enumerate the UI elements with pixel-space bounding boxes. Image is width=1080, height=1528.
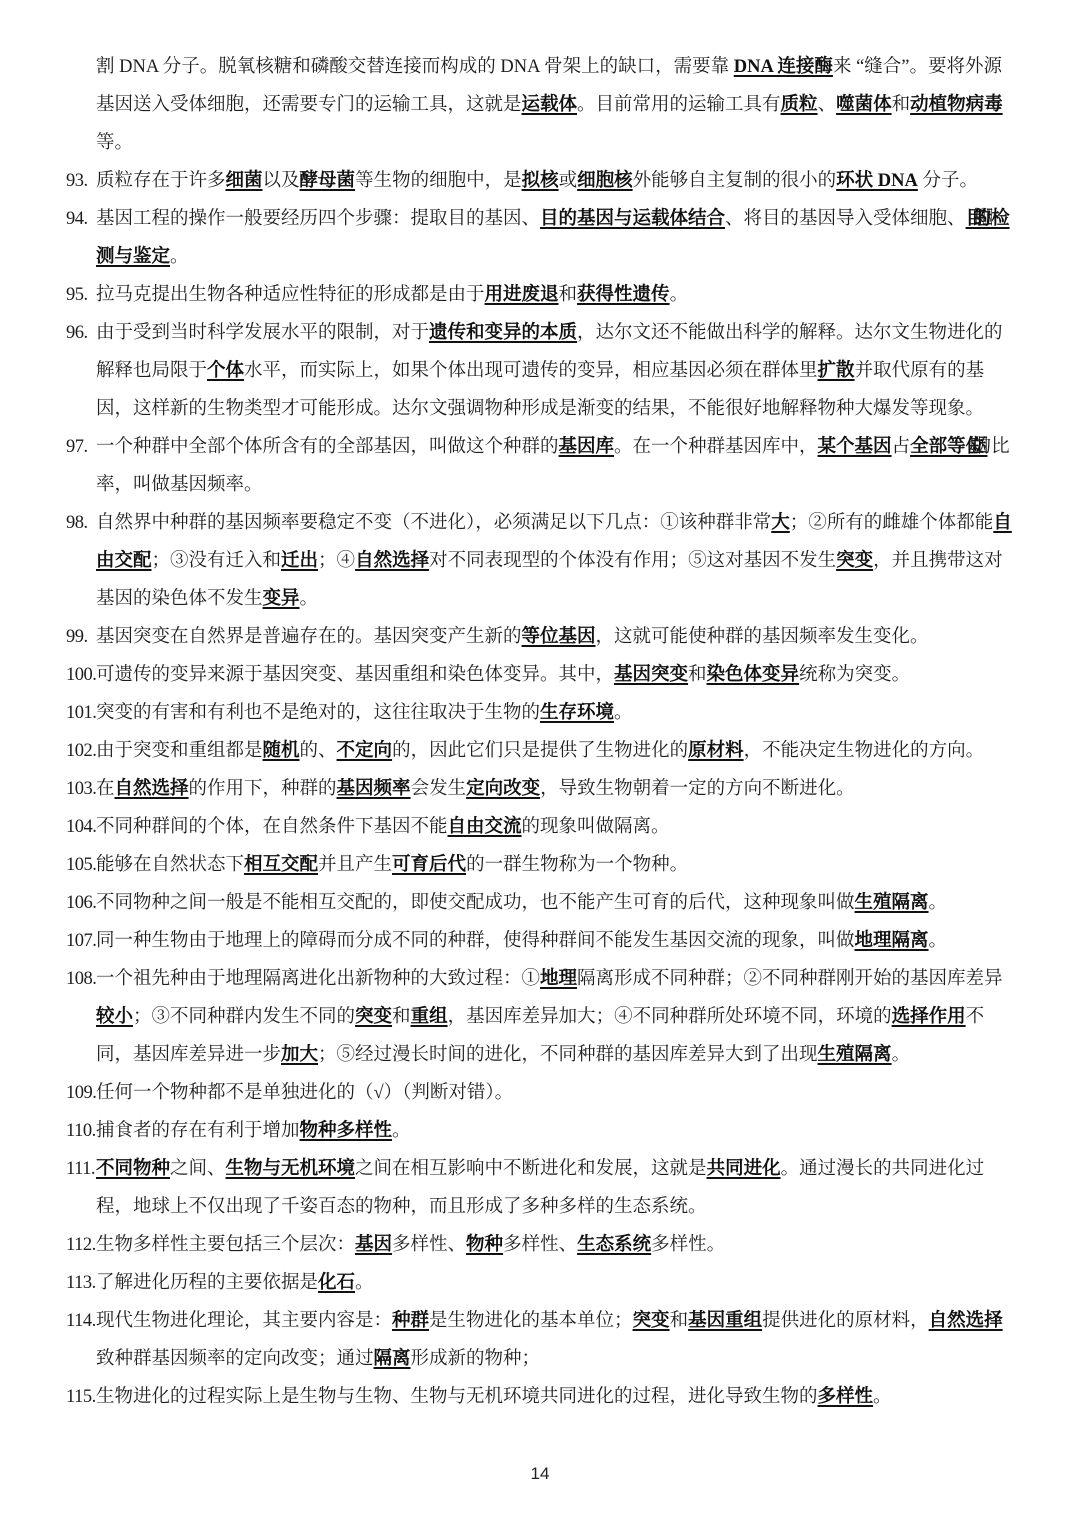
list-item: 106.不同物种之间一般是不能相互交配的，即使交配成功，也不能产生可育的后代，这… xyxy=(66,884,1018,922)
text-run: 的一群生物称为一个物种。 xyxy=(466,855,688,875)
keyword-run: 生态系统 xyxy=(577,1235,651,1255)
keyword-run: 共同进化 xyxy=(707,1159,781,1179)
keyword-run: 加大 xyxy=(281,1045,318,1065)
keyword-run: 质粒 xyxy=(781,95,818,115)
list-item: 103.在自然选择的作用下，种群的基因频率会发生定向改变，导致生物朝着一定的方向… xyxy=(66,770,1018,808)
text-run: 可遗传的变异来源于基因突变、基因重组和染色体变异。其中， xyxy=(96,665,614,685)
text-run: 、 xyxy=(818,95,837,115)
text-run: ；③没有迁入和 xyxy=(152,551,282,571)
text-run: 任何一个物种都不是单独进化的（√）（判断对错）。 xyxy=(96,1083,513,1103)
text-run: 。 xyxy=(873,1387,892,1407)
text-run: 多样性、 xyxy=(392,1235,466,1255)
keyword-run: 运载体 xyxy=(522,95,578,115)
keyword-run: 地理 xyxy=(540,969,577,989)
item-number: 96. xyxy=(66,314,96,352)
keyword-run: 种群 xyxy=(392,1311,429,1331)
text-run: 和 xyxy=(392,1007,411,1027)
text-run: 。 xyxy=(614,703,633,723)
list-item: 113.了解进化历程的主要依据是化石。 xyxy=(66,1264,1018,1302)
text-run: 以及 xyxy=(263,171,300,191)
text-run: 会发生 xyxy=(411,779,467,799)
item-number: 108. xyxy=(66,960,96,998)
text-run: 隔离形成不同种群；②不同种群刚开始的基因库差异 xyxy=(577,969,1003,989)
keyword-run: 较小 xyxy=(96,1007,133,1027)
item-number: 105. xyxy=(66,846,96,884)
text-run: 生物多样性主要包括三个层次： xyxy=(96,1235,355,1255)
item-number: 109. xyxy=(66,1074,96,1112)
item-number: 113. xyxy=(66,1264,96,1302)
text-run: 致种群基因频率的定向改变；通过 xyxy=(96,1349,374,1369)
item-number: 97. xyxy=(66,428,96,466)
keyword-run: 突变 xyxy=(633,1311,670,1331)
list-item: 94.基因工程的操作一般要经历四个步骤：提取目的基因、目的基因与运载体结合、将目… xyxy=(66,200,1018,276)
text-run: 生物进化的过程实际上是生物与生物、生物与无机环境共同进化的过程，进化导致生物的 xyxy=(96,1387,818,1407)
keyword-run: 基因频率 xyxy=(337,779,411,799)
text-run: 。目前常用的运输工具有 xyxy=(577,95,781,115)
keyword-run: 自由交流 xyxy=(448,817,522,837)
text-run: 等。 xyxy=(96,133,133,153)
keyword-run: 变异 xyxy=(263,589,300,609)
item-number: 100. xyxy=(66,656,96,694)
text-run: 不同物种之间一般是不能相互交配的，即使交配成功，也不能产生可育的后代，这种现象叫… xyxy=(96,893,855,913)
text-run: 拉马克提出生物各种适应性特征的形成都是由于 xyxy=(96,285,485,305)
item-number: 110. xyxy=(66,1112,96,1150)
keyword-run: 噬菌体 xyxy=(836,95,892,115)
list-item: 108.一个祖先种由于地理隔离进化出新物种的大致过程：①地理隔离形成不同种群；②… xyxy=(66,960,1018,1074)
text-run: 一个祖先种由于地理隔离进化出新物种的大致过程：① xyxy=(96,969,540,989)
text-run: 统称为突变。 xyxy=(799,665,910,685)
keyword-run: 定向改变 xyxy=(466,779,540,799)
text-run: 由于受到当时科学发展水平的限制，对于 xyxy=(96,323,429,343)
text-run: 在 xyxy=(96,779,115,799)
text-run: 不同种群间的个体，在自然条件下基因不能 xyxy=(96,817,448,837)
item-number: 111. xyxy=(66,1150,96,1188)
item-number: 107. xyxy=(66,922,96,960)
keyword-run: DNA 连接酶 xyxy=(734,57,833,77)
keyword-run: 自然选择 xyxy=(929,1311,1003,1331)
text-run: 。 xyxy=(392,1121,411,1141)
text-run: 现代生物进化理论，其主要内容是： xyxy=(96,1311,392,1331)
text-run: 。 xyxy=(892,1045,911,1065)
item-number: 95. xyxy=(66,276,96,314)
keyword-run: 重组 xyxy=(411,1007,448,1027)
list-item: 101.突变的有害和有利也不是绝对的，这往往取决于生物的生存环境。 xyxy=(66,694,1018,732)
keyword-run: 等位基因 xyxy=(522,627,596,647)
text-run: ；④ xyxy=(318,551,355,571)
text-run: 对不同表现型的个体没有作用；⑤这对基因不发生 xyxy=(429,551,836,571)
keyword-run: 某个基因 xyxy=(818,437,892,457)
text-run: 并且产生 xyxy=(318,855,392,875)
keyword-run: 拟核 xyxy=(522,171,559,191)
text-run: 。 xyxy=(300,589,319,609)
text-run: ，基因库差异加大；④不同种群所处环境不同，环境的 xyxy=(448,1007,892,1027)
list-item: 105.能够在自然状态下相互交配并且产生可育后代的一群生物称为一个物种。 xyxy=(66,846,1018,884)
text-run: 的作用下，种群的 xyxy=(189,779,337,799)
text-run: 质粒存在于许多 xyxy=(96,171,226,191)
keyword-run: 基因 xyxy=(984,428,988,466)
keyword-run: 的基因 xyxy=(984,200,992,238)
text-run: ；③不同种群内发生不同的 xyxy=(133,1007,355,1027)
keyword-run: 原材料 xyxy=(688,741,744,761)
text-run: 、将目的基因导入受体细胞、 xyxy=(725,209,966,229)
list-item: 107.同一种生物由于地理上的障碍而分成不同的种群，使得种群间不能发生基因交流的… xyxy=(66,922,1018,960)
list-item: 104.不同种群间的个体，在自然条件下基因不能自由交流的现象叫做隔离。 xyxy=(66,808,1018,846)
text-run: 水平，而实际上，如果个体出现可遗传的变异，相应基因必须在群体里 xyxy=(244,361,818,381)
page-number: 14 xyxy=(0,1464,1080,1484)
list-item: 99.基因突变在自然界是普遍存在的。基因突变产生新的等位基因，这就可能使种群的基… xyxy=(66,618,1018,656)
text-run: 占 xyxy=(892,437,911,457)
text-run: 的、 xyxy=(300,741,337,761)
item-number: 112. xyxy=(66,1226,96,1264)
item-number: 94. xyxy=(66,200,96,238)
keyword-run: 基因重组 xyxy=(688,1311,762,1331)
text-run: 。 xyxy=(355,1273,374,1293)
item-number: 115. xyxy=(66,1378,96,1416)
keyword-run: 地理隔离 xyxy=(855,931,929,951)
text-run: 和 xyxy=(559,285,578,305)
keyword-run: 突变 xyxy=(836,551,873,571)
keyword-run: 生物与无机环境 xyxy=(226,1159,356,1179)
keyword-run: 用进废退 xyxy=(485,285,559,305)
text-run: 。 xyxy=(929,931,948,951)
text-run: 。在一个种群基因库中， xyxy=(614,437,818,457)
text-run: 和 xyxy=(688,665,707,685)
keyword-run: 生殖隔离 xyxy=(855,893,929,913)
list-item: 109.任何一个物种都不是单独进化的（√）（判断对错）。 xyxy=(66,1074,1018,1112)
text-run: 基因突变在自然界是普遍存在的。基因突变产生新的 xyxy=(96,627,522,647)
text-run: 和 xyxy=(670,1311,689,1331)
text-run: 割 DNA 分子。脱氧核糖和磷酸交替连接而构成的 DNA 骨架上的缺口，需要靠 xyxy=(96,57,734,77)
keyword-run: 生存环境 xyxy=(540,703,614,723)
keyword-run: 随机 xyxy=(263,741,300,761)
item-number: 99. xyxy=(66,618,96,656)
keyword-run: 物种多样性 xyxy=(300,1121,393,1141)
keyword-run: 酵母菌 xyxy=(300,171,356,191)
text-run: ；⑤经过漫长时间的进化，不同种群的基因库差异大到了出现 xyxy=(318,1045,818,1065)
text-run: ，不能决定生物进化的方向。 xyxy=(744,741,985,761)
list-item: 114.现代生物进化理论，其主要内容是：种群是生物进化的基本单位；突变和基因重组… xyxy=(66,1302,1018,1378)
intro-paragraph: 割 DNA 分子。脱氧核糖和磷酸交替连接而构成的 DNA 骨架上的缺口，需要靠 … xyxy=(66,48,1018,162)
item-number: 98. xyxy=(66,504,96,542)
list-item: 115.生物进化的过程实际上是生物与生物、生物与无机环境共同进化的过程，进化导致… xyxy=(66,1378,1018,1416)
text-run: 外能够自主复制的很小的 xyxy=(633,171,837,191)
item-number: 101. xyxy=(66,694,96,732)
keyword-run: 细胞核 xyxy=(577,171,633,191)
item-number: 106. xyxy=(66,884,96,922)
keyword-run: 基因突变 xyxy=(614,665,688,685)
item-number: 114. xyxy=(66,1302,96,1340)
item-number: 102. xyxy=(66,732,96,770)
text-run: 提供进化的原材料， xyxy=(762,1311,929,1331)
keyword-run: 基因库 xyxy=(559,437,615,457)
keyword-run: 目的基因与运载体结合 xyxy=(540,209,725,229)
text-run: 多样性、 xyxy=(503,1235,577,1255)
keyword-run: 动植物病毒 xyxy=(910,95,1003,115)
keyword-run: 隔离 xyxy=(374,1349,411,1369)
keyword-run: 生殖隔离 xyxy=(818,1045,892,1065)
list-item: 110.捕食者的存在有利于增加物种多样性。 xyxy=(66,1112,1018,1150)
keyword-run: 突变 xyxy=(355,1007,392,1027)
text-run: 或 xyxy=(559,171,578,191)
text-run: ，这就可能使种群的基因频率发生变化。 xyxy=(596,627,929,647)
item-number: 93. xyxy=(66,162,96,200)
keyword-run: 物种 xyxy=(466,1235,503,1255)
list-item: 112.生物多样性主要包括三个层次：基因多样性、物种多样性、生态系统多样性。 xyxy=(66,1226,1018,1264)
keyword-run: 细菌 xyxy=(226,171,263,191)
text-run: 能够在自然状态下 xyxy=(96,855,244,875)
item-number: 104. xyxy=(66,808,96,846)
keyword-run: 扩散 xyxy=(818,361,855,381)
text-run: 的现象叫做隔离。 xyxy=(522,817,670,837)
keyword-run: 染色体变异 xyxy=(707,665,800,685)
keyword-run: 遗传和变异的本质 xyxy=(429,323,577,343)
list-item: 95.拉马克提出生物各种适应性特征的形成都是由于用进废退和获得性遗传。 xyxy=(66,276,1018,314)
keyword-run: 获得性遗传 xyxy=(577,285,670,305)
text-run: 之间在相互影响中不断进化和发展，这就是 xyxy=(355,1159,707,1179)
keyword-run: 不定向 xyxy=(337,741,393,761)
text-run: 是生物进化的基本单位； xyxy=(429,1311,633,1331)
text-run: 自然界中种群的基因频率要稳定不变（不进化），必须满足以下几点：①该种群非常 xyxy=(96,513,771,533)
item-number: 103. xyxy=(66,770,96,808)
list-item: 93.质粒存在于许多细菌以及酵母菌等生物的细胞中，是拟核或细胞核外能够自主复制的… xyxy=(66,162,1018,200)
text-run: 形成新的物种； xyxy=(411,1349,541,1369)
keyword-run: 迁出 xyxy=(281,551,318,571)
text-run: 分子。 xyxy=(918,171,978,191)
keyword-run: 化石 xyxy=(318,1273,355,1293)
list-item: 98.自然界中种群的基因频率要稳定不变（不进化），必须满足以下几点：①该种群非常… xyxy=(66,504,1018,618)
keyword-run: 大 xyxy=(771,513,790,533)
text-run: 多样性。 xyxy=(651,1235,725,1255)
text-run: 突变的有害和有利也不是绝对的，这往往取决于生物的 xyxy=(96,703,540,723)
text-run: 等生物的细胞中，是 xyxy=(355,171,522,191)
text-run: 。 xyxy=(670,285,689,305)
keyword-run: 选择作用 xyxy=(892,1007,966,1027)
list-item: 96.由于受到当时科学发展水平的限制，对于遗传和变异的本质，达尔文还不能做出科学… xyxy=(66,314,1018,428)
text-run: 一个种群中全部个体所含有的全部基因，叫做这个种群的 xyxy=(96,437,559,457)
keyword-run: 自然选择 xyxy=(115,779,189,799)
text-run: 之间、 xyxy=(170,1159,226,1179)
keyword-run: 基因 xyxy=(355,1235,392,1255)
list-item: 97.一个种群中全部个体所含有的全部基因，叫做这个种群的基因库。在一个种群基因库… xyxy=(66,428,1018,504)
document-page: 割 DNA 分子。脱氧核糖和磷酸交替连接而构成的 DNA 骨架上的缺口，需要靠 … xyxy=(0,0,1080,1528)
text-run: 同一种生物由于地理上的障碍而分成不同的种群，使得种群间不能发生基因交流的现象，叫… xyxy=(96,931,855,951)
keyword-run: 环状 DNA xyxy=(836,171,918,191)
document-body: 割 DNA 分子。脱氧核糖和磷酸交替连接而构成的 DNA 骨架上的缺口，需要靠 … xyxy=(66,48,1018,1416)
text-run: 了解进化历程的主要依据是 xyxy=(96,1273,318,1293)
keyword-run: 个体 xyxy=(207,361,244,381)
text-run: 基因工程的操作一般要经历四个步骤：提取目的基因、 xyxy=(96,209,540,229)
keyword-run: 不同物种 xyxy=(96,1159,170,1179)
keyword-run: 自然选择 xyxy=(355,551,429,571)
text-run: ，导致生物朝着一定的方向不断进化。 xyxy=(540,779,855,799)
keyword-run: 相互交配 xyxy=(244,855,318,875)
list-item: 111.不同物种之间、生物与无机环境之间在相互影响中不断进化和发展，这就是共同进… xyxy=(66,1150,1018,1226)
keyword-run: 多样性 xyxy=(818,1387,874,1407)
list-item: 102.由于突变和重组都是随机的、不定向的，因此它们只是提供了生物进化的原材料，… xyxy=(66,732,1018,770)
keyword-run: 可育后代 xyxy=(392,855,466,875)
text-run: 和 xyxy=(892,95,911,115)
text-run: 。 xyxy=(170,247,189,267)
text-run: 由于突变和重组都是 xyxy=(96,741,263,761)
text-run: 。 xyxy=(929,893,948,913)
text-run: 的，因此它们只是提供了生物进化的 xyxy=(392,741,688,761)
text-run: 捕食者的存在有利于增加 xyxy=(96,1121,300,1141)
text-run: ；②所有的雌雄个体都能 xyxy=(790,513,994,533)
list-item: 100.可遗传的变异来源于基因突变、基因重组和染色体变异。其中，基因突变和染色体… xyxy=(66,656,1018,694)
